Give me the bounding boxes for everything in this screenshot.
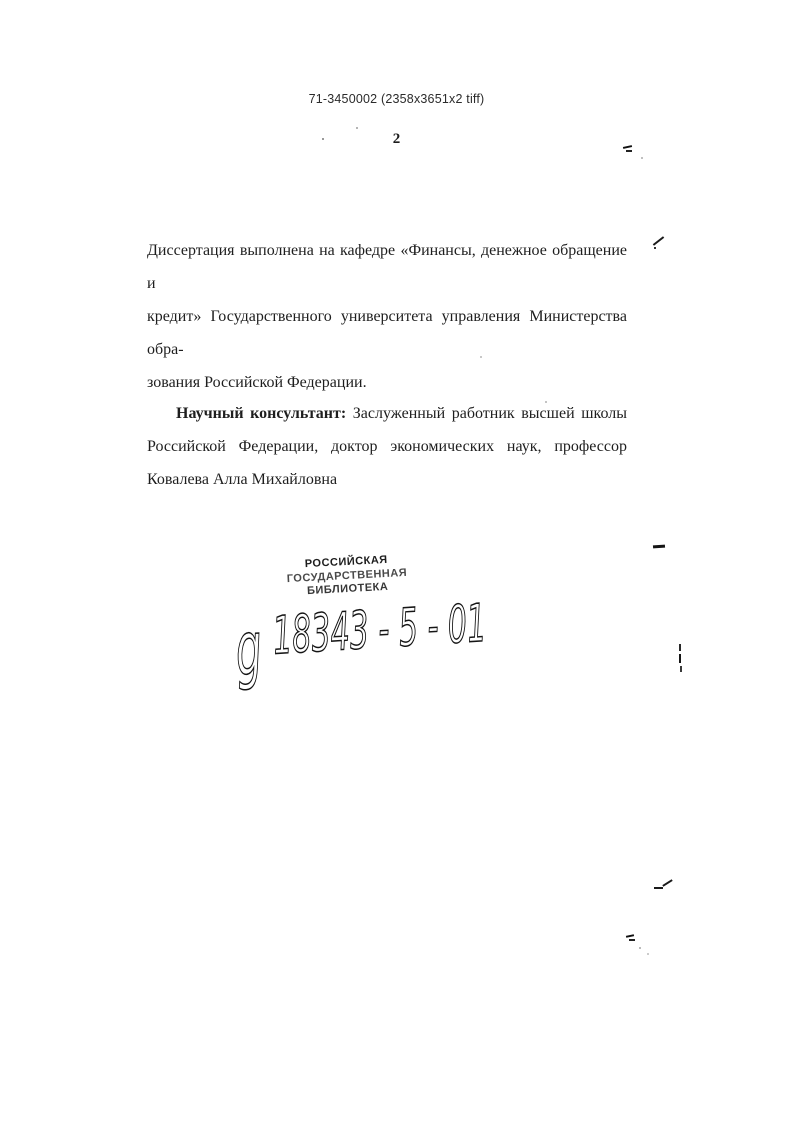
- scan-artifact: [654, 247, 656, 249]
- scan-artifact: [639, 947, 641, 949]
- paragraph-line: Ковалева Алла Михайловна: [147, 463, 627, 496]
- scan-artifact: [545, 401, 547, 403]
- page-number: 2: [0, 131, 793, 148]
- handwritten-number: 18343 - 5 - 01: [271, 594, 488, 667]
- scan-artifact: [653, 545, 665, 549]
- scan-artifact: [322, 138, 324, 140]
- scan-artifact: [647, 953, 649, 955]
- scan-artifact: [654, 887, 663, 889]
- scan-artifact: [626, 150, 632, 152]
- scan-artifact: [679, 654, 681, 663]
- paragraph-line: Диссертация выполнена на кафедре «Финанс…: [147, 234, 627, 300]
- handwritten-prefix: g: [233, 607, 264, 694]
- scan-artifact: [653, 236, 664, 246]
- scan-artifact: [623, 145, 632, 149]
- paragraph-consultant: Научный консультант: Заслуженный работни…: [147, 397, 627, 496]
- scanned-document-page: 71-3450002 (2358x3651x2 tiff) 2 Диссерта…: [0, 0, 793, 1122]
- scan-artifact: [680, 666, 682, 672]
- paragraph-line: кредит» Государственного университета уп…: [147, 300, 627, 366]
- scan-artifact: [626, 934, 634, 938]
- scan-artifact: [679, 644, 681, 651]
- handwritten-catalog-number: g 18343 - 5 - 01: [222, 590, 552, 720]
- consultant-label: Научный консультант:: [176, 405, 346, 422]
- paragraph-line: Российской Федерации, доктор экономическ…: [147, 430, 627, 463]
- scan-artifact: [629, 939, 635, 941]
- paragraph-line: зования Российской Федерации.: [147, 366, 627, 399]
- scan-filename-header: 71-3450002 (2358x3651x2 tiff): [0, 92, 793, 106]
- consultant-text: Заслуженный работник высшей школы: [353, 405, 627, 422]
- scan-artifact: [662, 879, 672, 887]
- paragraph-dissertation: Диссертация выполнена на кафедре «Финанс…: [147, 234, 627, 399]
- scan-artifact: [356, 127, 358, 129]
- scan-artifact: [641, 157, 643, 159]
- paragraph-line: Научный консультант: Заслуженный работни…: [147, 397, 627, 430]
- scan-artifact: [480, 356, 482, 358]
